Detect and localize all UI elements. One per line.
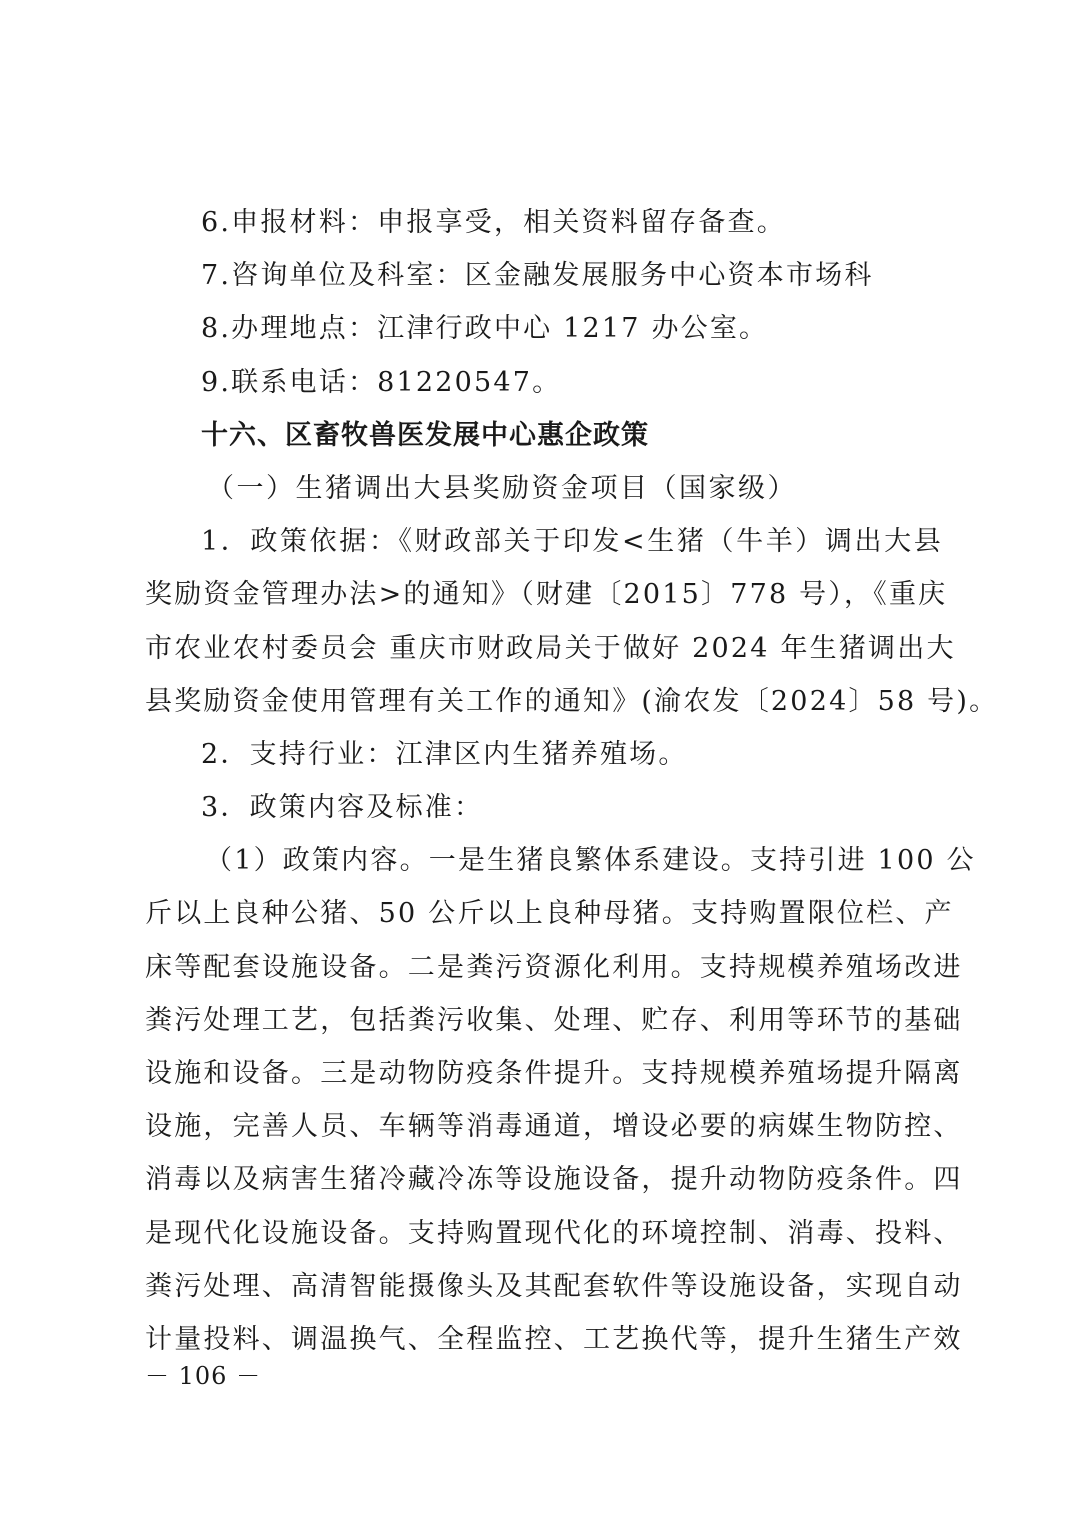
policy-basis-paragraph: 1．政策依据：《财政部关于印发<生猪（牛羊）调出大县 奖励资金管理办法>的通知》… bbox=[145, 515, 943, 728]
policy-content-paragraph: （1）政策内容。一是生猪良繁体系建设。支持引进 100 公 斤以上良种公猪、50… bbox=[145, 834, 943, 1366]
page-number: － 106 － bbox=[145, 1356, 261, 1391]
paragraph-line: 床等配套设施设备。二是粪污资源化利用。支持规模养殖场改进 bbox=[145, 941, 943, 994]
item-9-contact-phone: 9.联系电话：81220547。 bbox=[145, 356, 943, 409]
item-6-application-materials: 6.申报材料：申报享受，相关资料留存备查。 bbox=[145, 196, 943, 249]
paragraph-line: 1．政策依据：《财政部关于印发<生猪（牛羊）调出大县 bbox=[145, 515, 943, 568]
paragraph-line: 县奖励资金使用管理有关工作的通知》(渝农发〔2024〕58 号)。 bbox=[145, 675, 943, 728]
paragraph-line: 消毒以及病害生猪冷藏冷冻等设施设备，提升动物防疫条件。四 bbox=[145, 1153, 943, 1206]
paragraph-line: 市农业农村委员会 重庆市财政局关于做好 2024 年生猪调出大 bbox=[145, 622, 943, 675]
content-and-standard-heading: 3．政策内容及标准： bbox=[145, 781, 943, 834]
item-8-office-location: 8.办理地点：江津行政中心 1217 办公室。 bbox=[145, 302, 943, 355]
paragraph-line: 斤以上良种公猪、50 公斤以上良种母猪。支持购置限位栏、产 bbox=[145, 887, 943, 940]
paragraph-line: 奖励资金管理办法>的通知》（财建〔2015〕778 号），《重庆 bbox=[145, 568, 943, 621]
paragraph-line: 是现代化设施设备。支持购置现代化的环境控制、消毒、投料、 bbox=[145, 1207, 943, 1260]
supported-industry: 2．支持行业：江津区内生猪养殖场。 bbox=[145, 728, 943, 781]
section-heading: 十六、区畜牧兽医发展中心惠企政策 bbox=[145, 409, 943, 462]
document-page: 6.申报材料：申报享受，相关资料留存备查。 7.咨询单位及科室：区金融发展服务中… bbox=[145, 196, 943, 1366]
subsection-heading: （一）生猪调出大县奖励资金项目（国家级） bbox=[145, 462, 943, 515]
paragraph-line: 计量投料、调温换气、全程监控、工艺换代等，提升生猪生产效 bbox=[145, 1313, 943, 1366]
paragraph-line: 粪污处理工艺，包括粪污收集、处理、贮存、利用等环节的基础 bbox=[145, 994, 943, 1047]
paragraph-line: 粪污处理、高清智能摄像头及其配套软件等设施设备，实现自动 bbox=[145, 1260, 943, 1313]
paragraph-line: （1）政策内容。一是生猪良繁体系建设。支持引进 100 公 bbox=[145, 834, 943, 887]
paragraph-line: 设施，完善人员、车辆等消毒通道，增设必要的病媒生物防控、 bbox=[145, 1100, 943, 1153]
paragraph-line: 设施和设备。三是动物防疫条件提升。支持规模养殖场提升隔离 bbox=[145, 1047, 943, 1100]
item-7-consulting-unit: 7.咨询单位及科室：区金融发展服务中心资本市场科 bbox=[145, 249, 943, 302]
